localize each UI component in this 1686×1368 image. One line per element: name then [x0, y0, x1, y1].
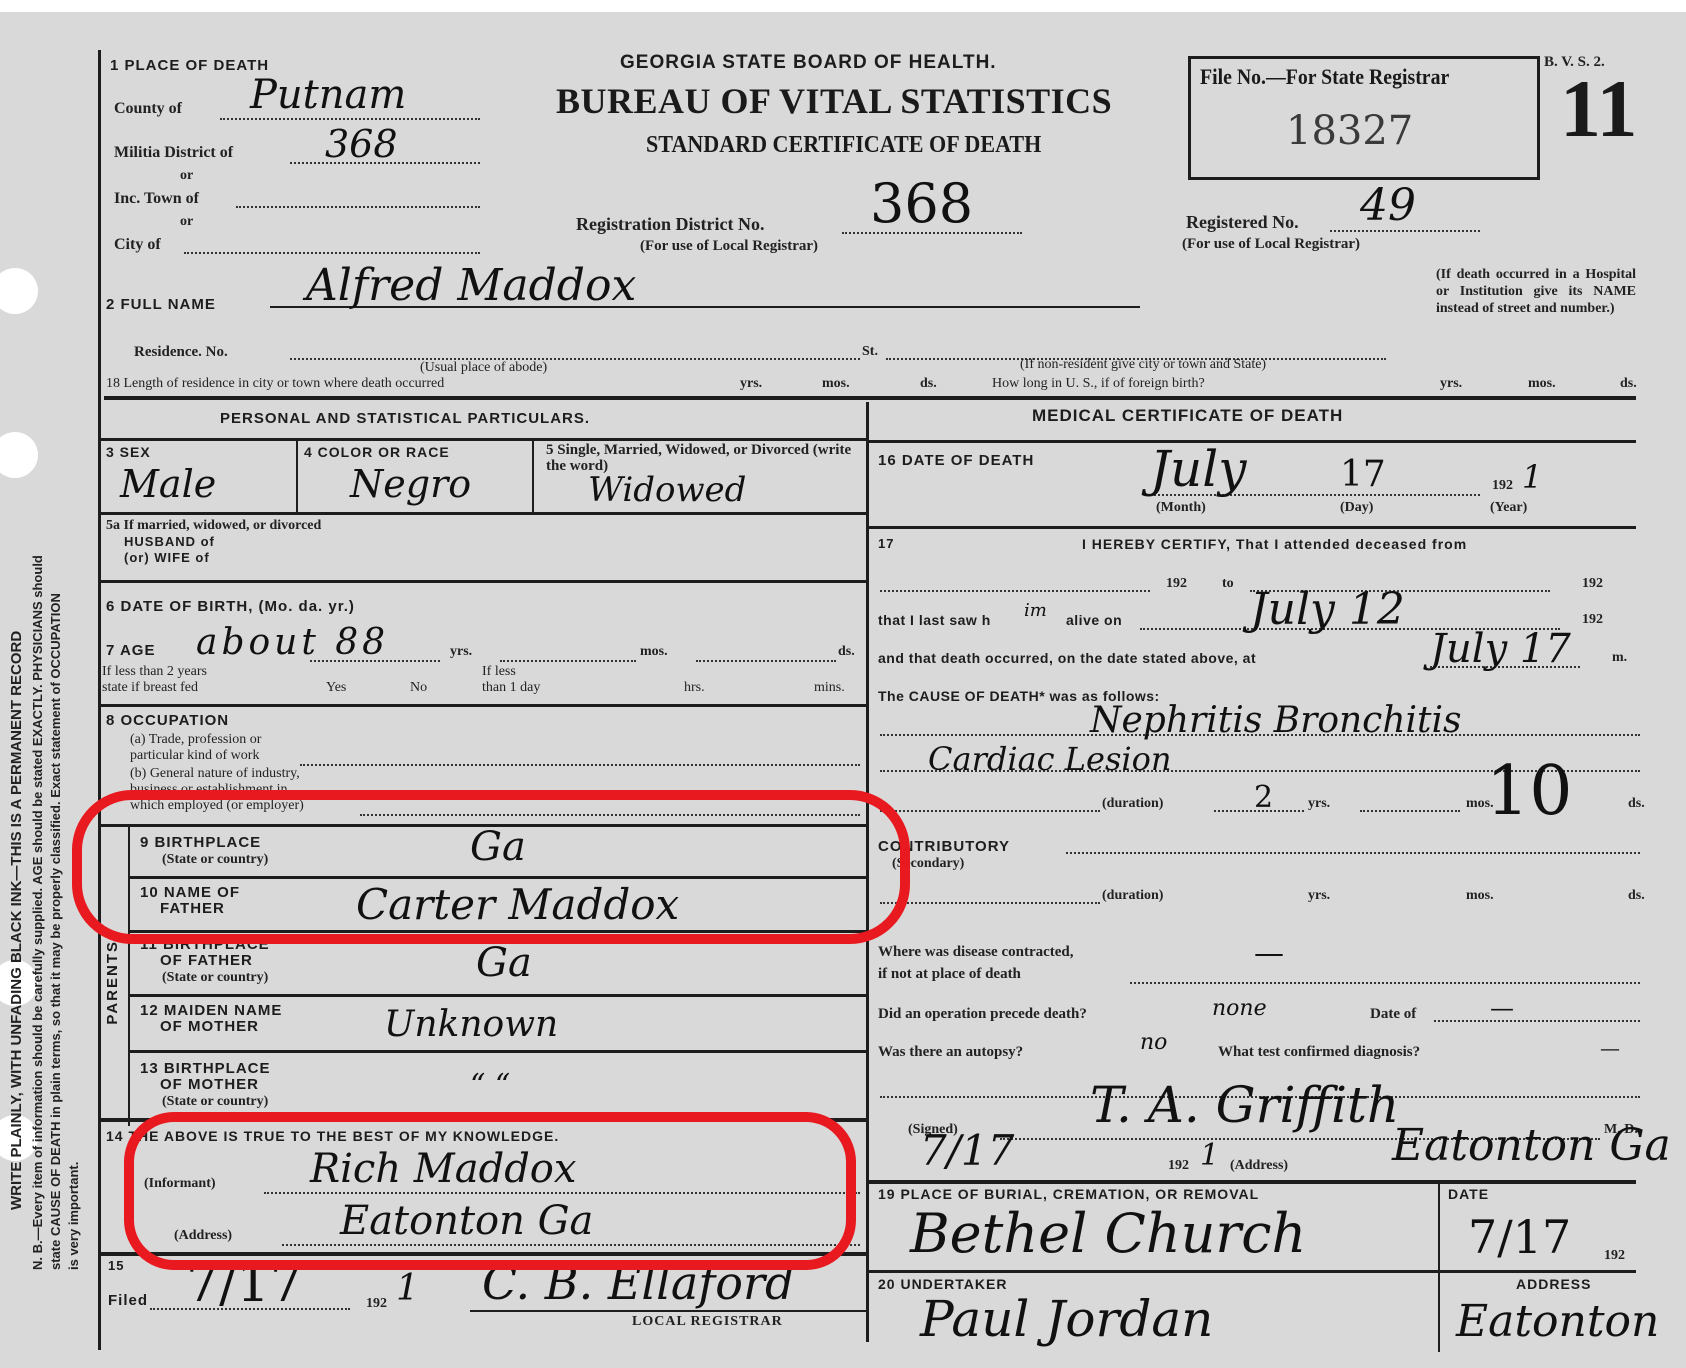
length-ds: ds.: [920, 376, 937, 392]
last-saw-year: 192: [1582, 612, 1603, 628]
mother-birthplace-sub: (State or country): [162, 1094, 268, 1110]
age-ds-line: [696, 660, 836, 662]
duration-2-mos: mos.: [1466, 888, 1494, 904]
duration-mos-value: 10: [1486, 752, 1573, 831]
last-saw-value: im: [1024, 600, 1047, 621]
registered-no-value: 49: [1360, 180, 1416, 231]
month-note: (Month): [1156, 500, 1206, 516]
signed-date: 7/17: [920, 1126, 1014, 1175]
operation-value: none: [1212, 996, 1267, 1021]
duration-2-label: (duration): [1102, 888, 1163, 904]
age-value: about 88: [196, 622, 389, 663]
day-note: (Day): [1340, 500, 1373, 516]
duration-yrs-value: 2: [1254, 780, 1273, 815]
board-title: GEORGIA STATE BOARD OF HEALTH.: [620, 52, 997, 74]
militia-label: Militia District of: [114, 144, 233, 162]
rule: [866, 526, 1636, 529]
date-of-line: [1434, 1020, 1640, 1022]
race-value: Negro: [350, 462, 471, 506]
cause-line-2-value: Cardiac Lesion: [928, 740, 1171, 778]
or-2: or: [180, 214, 193, 230]
parents-label: PARENTS: [104, 940, 121, 1025]
form-number: 11: [1560, 68, 1637, 150]
city-label: City of: [114, 236, 161, 254]
length-mos: mos.: [822, 376, 850, 392]
length-yrs: yrs.: [740, 376, 762, 392]
hospital-note: (If death occurred in a Hospital or Inst…: [1436, 266, 1636, 317]
full-name-value: Alfred Maddox: [306, 260, 636, 311]
place-of-death-label: 1 PLACE OF DEATH: [110, 57, 269, 74]
undertaker-value: Paul Jordan: [920, 1290, 1213, 1348]
occupation-a2: particular kind of work: [130, 748, 259, 764]
physician-address-value: Eatonton Ga: [1392, 1120, 1671, 1171]
rule: [100, 512, 866, 515]
personal-section-title: PERSONAL AND STATISTICAL PARTICULARS.: [220, 410, 590, 427]
side-instruction-3: is very important.: [66, 1080, 81, 1270]
death-occurred-suffix: m.: [1612, 650, 1627, 666]
town-label: Inc. Town of: [114, 190, 199, 208]
filed-year-prefix: 192: [366, 1296, 387, 1312]
death-occurred-value: July 17: [1430, 626, 1571, 672]
registered-no-note: (For use of Local Registrar): [1182, 236, 1360, 253]
autopsy-value: no: [1140, 1030, 1167, 1055]
side-instruction-2: state CAUSE OF DEATH in plain terms, so …: [48, 90, 63, 1270]
date-of-value: —: [1490, 994, 1514, 1022]
registration-district-note: (For use of Local Registrar): [640, 238, 818, 255]
file-number: 18327: [1286, 108, 1413, 154]
hrs-label: hrs.: [684, 680, 705, 696]
side-instruction-1: N. B.—Every item of information should b…: [30, 90, 45, 1270]
registrar-label: LOCAL REGISTRAR: [632, 1314, 783, 1330]
duration-mos-line: [1360, 810, 1460, 812]
county-line: [220, 118, 480, 120]
burial-date-value: 7/17: [1468, 1210, 1571, 1264]
duration-2-ds: ds.: [1628, 888, 1645, 904]
death-occurred-label: and that death occurred, on the date sta…: [878, 650, 1256, 666]
infant-note-1: If less than 2 years: [102, 664, 207, 680]
rule: [296, 441, 298, 513]
foreign-mos: mos.: [1528, 376, 1556, 392]
to-year: 192: [1582, 576, 1603, 592]
medical-section-title: MEDICAL CERTIFICATE OF DEATH: [1032, 406, 1343, 426]
to-label: to: [1222, 576, 1234, 592]
contracted-label-2: if not at place of death: [878, 966, 1021, 983]
file-box-label: File No.—For State Registrar: [1200, 64, 1449, 90]
rule: [100, 438, 866, 441]
last-saw-label: that I last saw h: [878, 612, 991, 628]
rule: [866, 1180, 1636, 1184]
cause-line-1-value: Nephritis Bronchitis: [1090, 700, 1462, 741]
rule: [100, 580, 866, 583]
residence-st-label: St.: [862, 344, 878, 360]
occupation-b1: (b) General nature of industry,: [130, 766, 300, 782]
spouse-label-1: 5a If married, widowed, or divorced: [106, 518, 321, 534]
date-of-label: Date of: [1370, 1006, 1416, 1023]
or-1: or: [180, 168, 193, 184]
usual-abode-note: (Usual place of abode): [420, 360, 547, 376]
age-yrs: yrs.: [450, 644, 472, 660]
test-label: What test confirmed diagnosis?: [1218, 1044, 1420, 1061]
undertaker-address-label: ADDRESS: [1516, 1276, 1591, 1292]
side-instruction-0: WRITE PLAINLY, WITH UNFADING BLACK INK—T…: [8, 90, 25, 1210]
county-label: County of: [114, 100, 182, 118]
autopsy-label: Was there an autopsy?: [878, 1044, 1023, 1061]
father-birthplace-value: Ga: [476, 940, 532, 986]
spouse-label-2: HUSBAND of: [124, 534, 215, 549]
duration-2-yrs: yrs.: [1308, 888, 1330, 904]
date-of-death-year: 1: [1522, 458, 1542, 496]
father-birthplace-label-2: OF FATHER: [160, 952, 253, 969]
residence-no-line: [290, 358, 860, 360]
age-label: 7 AGE: [106, 642, 155, 659]
signed-year: 1: [1200, 1138, 1219, 1173]
rule: [532, 441, 534, 513]
duration-line: [880, 810, 1100, 812]
bureau-title: BUREAU OF VITAL STATISTICS: [556, 80, 1112, 122]
registration-district-label: Registration District No.: [576, 214, 764, 235]
highlight-parents-box: [72, 790, 910, 944]
duration-2-line: [880, 902, 1100, 904]
length-of-residence-label: 18 Length of residence in city or town w…: [106, 376, 444, 392]
mins-label: mins.: [814, 680, 845, 696]
mother-name-value: Unknown: [384, 1004, 558, 1045]
mother-birthplace-value: “ “: [470, 1068, 510, 1103]
nonresident-note: (If non-resident give city or town and S…: [1020, 357, 1266, 373]
spouse-label-3: (or) WIFE of: [124, 550, 210, 565]
attended-from-line: [880, 590, 1150, 592]
signed-year-prefix: 192: [1168, 1158, 1189, 1174]
breast-fed-yes: Yes: [326, 680, 346, 696]
date-of-death-label: 16 DATE OF DEATH: [878, 452, 1034, 469]
from-year: 192: [1166, 576, 1187, 592]
town-line: [236, 206, 480, 208]
filed-number: 15: [108, 1258, 124, 1273]
duration-label: (duration): [1102, 796, 1163, 812]
contracted-line: [1130, 982, 1640, 984]
occupation-a1: (a) Trade, profession or: [130, 732, 261, 748]
marital-value: Widowed: [588, 470, 746, 510]
occupation-a-line: [300, 764, 860, 766]
last-saw-date: July 12: [1250, 584, 1405, 635]
duration-yrs: yrs.: [1308, 796, 1330, 812]
rule: [130, 1050, 866, 1053]
burial-value: Bethel Church: [910, 1202, 1306, 1265]
mother-name-label-1: 12 MAIDEN NAME: [140, 1002, 282, 1019]
sex-label: 3 SEX: [106, 444, 151, 460]
county-value: Putnam: [250, 72, 406, 118]
undertaker-address-value: Eatonton: [1456, 1296, 1659, 1347]
dob-label: 6 DATE OF BIRTH, (Mo. da. yr.): [106, 598, 355, 615]
certify-number: 17: [878, 536, 894, 551]
rule: [100, 704, 866, 707]
certificate-title: STANDARD CERTIFICATE OF DEATH: [646, 132, 1041, 159]
rule: [866, 1270, 1636, 1273]
infant-note-2: state if breast fed: [102, 680, 198, 696]
physician-address-label: (Address): [1230, 1158, 1288, 1174]
signed-value: T. A. Griffith: [1090, 1076, 1399, 1134]
foreign-yrs: yrs.: [1440, 376, 1462, 392]
duration-ds: ds.: [1628, 796, 1645, 812]
age-yrs-line: [310, 660, 440, 662]
age-ds: ds.: [838, 644, 855, 660]
city-line: [184, 252, 480, 254]
year-note: (Year): [1490, 500, 1527, 516]
date-of-death-year-prefix: 192: [1492, 478, 1513, 494]
rule: [866, 440, 1636, 443]
certify-text: I HEREBY CERTIFY, That I attended deceas…: [1082, 536, 1467, 552]
rule: [1438, 1182, 1440, 1352]
filed-label: Filed: [108, 1292, 148, 1309]
operation-label: Did an operation precede death?: [878, 1006, 1087, 1023]
breast-fed-no: No: [410, 680, 427, 696]
militia-value: 368: [325, 122, 398, 166]
registered-no-label: Registered No.: [1186, 212, 1299, 233]
date-of-death-day: 17: [1340, 454, 1386, 495]
left-border: [98, 50, 101, 1350]
age-mos-line: [500, 660, 636, 662]
registration-district-value: 368: [870, 172, 973, 235]
foreign-birth-label: How long in U. S., if of foreign birth?: [992, 376, 1205, 392]
contracted-label-1: Where was disease contracted,: [878, 944, 1074, 961]
mother-name-label-2: OF MOTHER: [160, 1018, 259, 1035]
highlight-informant-box: [124, 1112, 856, 1270]
alive-on-label: alive on: [1066, 612, 1122, 628]
occupation-label: 8 OCCUPATION: [106, 712, 229, 729]
less-than-day-1: If less: [482, 664, 516, 680]
residence-label: Residence. No.: [134, 344, 228, 361]
foreign-ds: ds.: [1620, 376, 1637, 392]
father-birthplace-sub: (State or country): [162, 970, 268, 986]
date-of-death-month: July: [1150, 440, 1246, 498]
less-than-day-2: than 1 day: [482, 680, 540, 696]
mother-birthplace-label-2: OF MOTHER: [160, 1076, 259, 1093]
header-divider: [104, 396, 1636, 400]
contributory-line: [1066, 852, 1640, 854]
age-mos: mos.: [640, 644, 668, 660]
full-name-label: 2 FULL NAME: [106, 296, 216, 313]
burial-year-prefix: 192: [1604, 1248, 1625, 1264]
registrar-line: [470, 1310, 866, 1312]
burial-label: 19 PLACE OF BURIAL, CREMATION, OR REMOVA…: [878, 1186, 1259, 1202]
mother-birthplace-label-1: 13 BIRTHPLACE: [140, 1060, 271, 1077]
race-label: 4 COLOR OR RACE: [304, 444, 450, 460]
sex-value: Male: [120, 462, 216, 506]
rule: [130, 994, 866, 997]
contracted-value: —: [1254, 936, 1284, 971]
test-value: —: [1600, 1036, 1620, 1060]
burial-date-label: DATE: [1448, 1186, 1489, 1202]
filed-year-value: 1: [396, 1268, 419, 1309]
